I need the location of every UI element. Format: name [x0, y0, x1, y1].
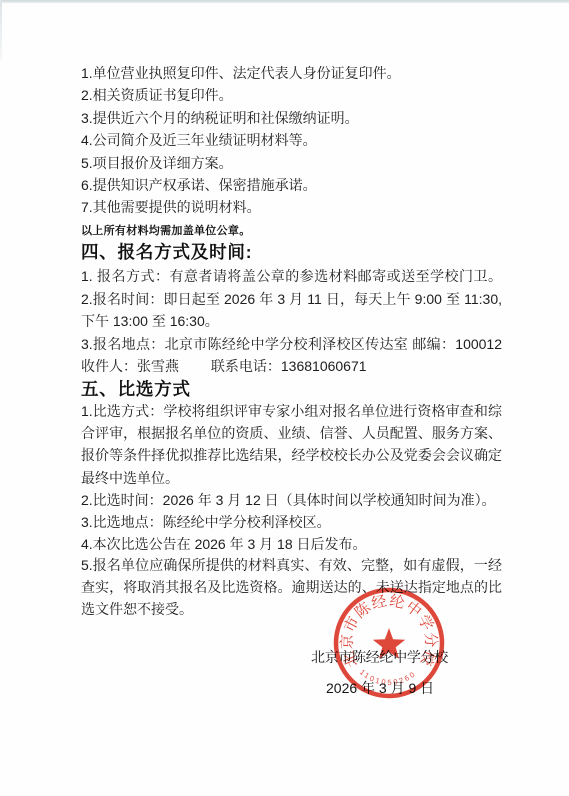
- materials-item: 4.公司简介及近三年业绩证明材料等。: [81, 132, 502, 149]
- document-page: 1.单位营业执照复印件、法定代表人身份证复印件。 2.相关资质证书复印件。 3.…: [0, 0, 569, 796]
- section-heading-signup: 四、报名方式及时间:: [81, 242, 502, 262]
- doc-line: 合评审，根据报名单位的资质、业绩、信誉、人员配置、服务方案、: [81, 425, 502, 442]
- doc-line: 4.本次比选公告在 2026 年 3 月 18 日后发布。: [81, 536, 502, 553]
- doc-line: 3.报名地点：北京市陈经纶中学分校利泽校区传达室 邮编：100012: [81, 336, 502, 353]
- section-heading-selection: 五、比选方式: [81, 379, 502, 399]
- materials-note: 以上所有材料均需加盖单位公章。: [81, 223, 502, 240]
- seal-star-icon: [373, 628, 405, 659]
- doc-line: 下午 13:00 至 16:30。: [81, 313, 502, 330]
- doc-line: 收件人：张雪燕 联系电话：13681060671: [81, 358, 502, 375]
- doc-line: 最终中选单位。: [81, 470, 502, 487]
- materials-item: 7.其他需要提供的说明材料。: [81, 199, 502, 216]
- scan-edge-top: [0, 0, 569, 3]
- doc-line: 报价等条件择优拟推荐比选结果，经学校校长办公及党委会会议确定: [81, 447, 502, 464]
- materials-item: 5.项目报价及详细方案。: [81, 155, 502, 172]
- materials-item: 3.提供近六个月的纳税证明和社保缴纳证明。: [81, 110, 502, 127]
- doc-line: 1. 报名方式：有意者请将盖公章的参选材料邮寄或送至学校门卫。: [81, 268, 502, 285]
- materials-item: 6.提供知识产权承诺、保密措施承诺。: [81, 177, 502, 194]
- doc-line: 2.比选时间：2026 年 3 月 12 日（具体时间以学校通知时间为准）。: [81, 492, 502, 509]
- scan-edge-left: [0, 0, 2, 60]
- materials-item: 2.相关资质证书复印件。: [81, 87, 502, 104]
- doc-line: 3.比选地点：陈经纶中学分校利泽校区。: [81, 514, 502, 531]
- seal-code-text: 1101050260: [358, 667, 418, 687]
- doc-line: 2.报名时间：即日起至 2026 年 3 月 11 日，每天上午 9:00 至 …: [81, 291, 502, 308]
- materials-item: 1.单位营业执照复印件、法定代表人身份证复印件。: [81, 65, 502, 82]
- doc-line: 5.报名单位应确保所提供的材料真实、有效、完整，如有虚假，一经: [81, 557, 502, 574]
- official-seal: 北京市陈经纶中学分校 1101050260: [319, 573, 459, 713]
- doc-line: 1.比选方式：学校将组织评审专家小组对报名单位进行资格审查和综: [81, 403, 502, 420]
